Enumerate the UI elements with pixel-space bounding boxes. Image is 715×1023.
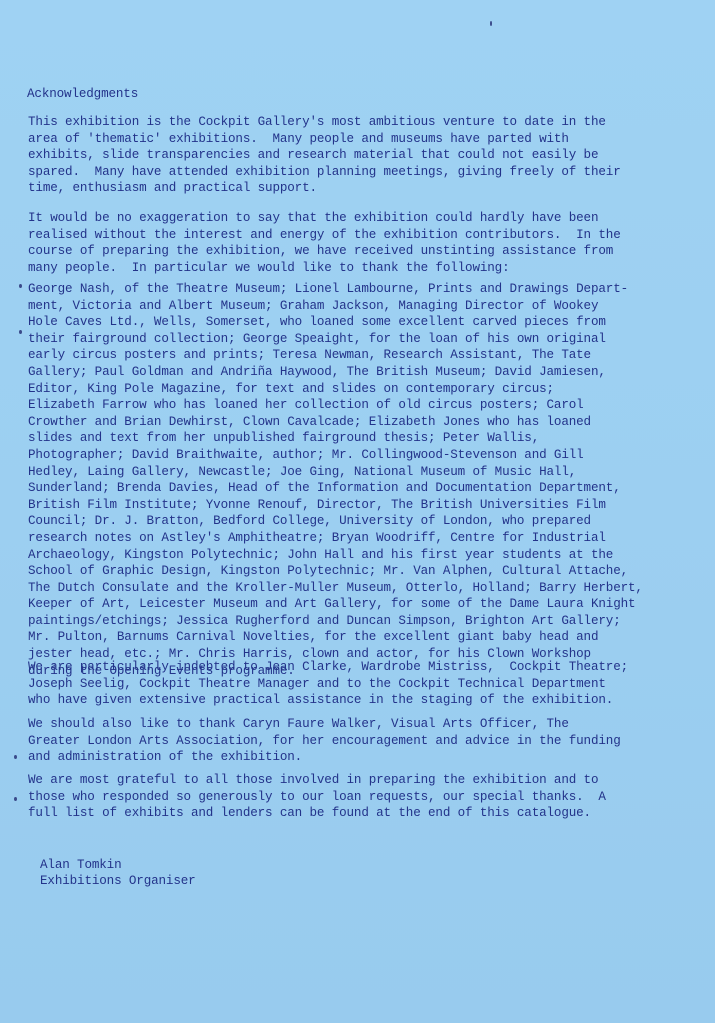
text-line: Editor, King Pole Magazine, for text and…	[28, 381, 643, 398]
ink-speck	[490, 21, 492, 26]
text-line: full list of exhibits and lenders can be…	[28, 805, 606, 822]
text-line: exhibits, slide transparencies and resea…	[28, 147, 621, 164]
text-line: Hole Caves Ltd., Wells, Somerset, who lo…	[28, 314, 643, 331]
text-line: time, enthusiasm and practical support.	[28, 180, 621, 197]
paragraph-contributors: It would be no exaggeration to say that …	[28, 210, 621, 276]
text-line: It would be no exaggeration to say that …	[28, 210, 621, 227]
text-line: George Nash, of the Theatre Museum; Lion…	[28, 281, 643, 298]
text-line: spared. Many have attended exhibition pl…	[28, 164, 621, 181]
text-line: their fairground collection; George Spea…	[28, 331, 643, 348]
text-line: Gallery; Paul Goldman and Andriña Haywoo…	[28, 364, 643, 381]
text-line: realised without the interest and energy…	[28, 227, 621, 244]
text-line: Photographer; David Braithwaite, author;…	[28, 447, 643, 464]
text-line: School of Graphic Design, Kingston Polyt…	[28, 563, 643, 580]
text-line: and administration of the exhibition.	[28, 749, 621, 766]
text-line: early circus posters and prints; Teresa …	[28, 347, 643, 364]
page-heading: Acknowledgments	[27, 86, 138, 103]
text-line: Elizabeth Farrow who has loaned her coll…	[28, 397, 643, 414]
signature-title: Exhibitions Organiser	[40, 873, 196, 890]
ink-speck	[14, 797, 17, 801]
ink-speck	[19, 284, 22, 288]
text-line: Hedley, Laing Gallery, Newcastle; Joe Gi…	[28, 464, 643, 481]
text-line: We should also like to thank Caryn Faure…	[28, 716, 621, 733]
text-line: Council; Dr. J. Bratton, Bedford College…	[28, 513, 643, 530]
text-line: Mr. Pulton, Barnums Carnival Novelties, …	[28, 629, 643, 646]
text-line: The Dutch Consulate and the Kroller-Mull…	[28, 580, 643, 597]
text-line: who have given extensive practical assis…	[28, 692, 628, 709]
text-line: ment, Victoria and Albert Museum; Graham…	[28, 298, 643, 315]
text-line: This exhibition is the Cockpit Gallery's…	[28, 114, 621, 131]
paragraph-indebted: We are particularly indebted to Jean Cla…	[28, 659, 628, 709]
text-line: research notes on Astley's Amphitheatre;…	[28, 530, 643, 547]
text-line: We are particularly indebted to Jean Cla…	[28, 659, 628, 676]
ink-speck	[19, 330, 22, 334]
text-line: Archaeology, Kingston Polytechnic; John …	[28, 547, 643, 564]
text-line: We are most grateful to all those involv…	[28, 772, 606, 789]
signature-name: Alan Tomkin	[40, 857, 121, 874]
text-line: course of preparing the exhibition, we h…	[28, 243, 621, 260]
document-page: Acknowledgments This exhibition is the C…	[0, 0, 715, 1023]
text-line: Joseph Seelig, Cockpit Theatre Manager a…	[28, 676, 628, 693]
text-line: British Film Institute; Yvonne Renouf, D…	[28, 497, 643, 514]
text-line: Greater London Arts Association, for her…	[28, 733, 621, 750]
paragraph-intro: This exhibition is the Cockpit Gallery's…	[28, 114, 621, 197]
text-line: many people. In particular we would like…	[28, 260, 621, 277]
paragraph-gla: We should also like to thank Caryn Faure…	[28, 716, 621, 766]
paragraph-grateful: We are most grateful to all those involv…	[28, 772, 606, 822]
text-line: Keeper of Art, Leicester Museum and Art …	[28, 596, 643, 613]
text-line: slides and text from her unpublished fai…	[28, 430, 643, 447]
ink-speck	[14, 755, 17, 759]
text-line: those who responded so generously to our…	[28, 789, 606, 806]
text-line: Crowther and Brian Dewhirst, Clown Caval…	[28, 414, 643, 431]
text-line: area of 'thematic' exhibitions. Many peo…	[28, 131, 621, 148]
text-line: paintings/etchings; Jessica Rugherford a…	[28, 613, 643, 630]
text-line: Sunderland; Brenda Davies, Head of the I…	[28, 480, 643, 497]
paragraph-thanks-list: George Nash, of the Theatre Museum; Lion…	[28, 281, 643, 679]
